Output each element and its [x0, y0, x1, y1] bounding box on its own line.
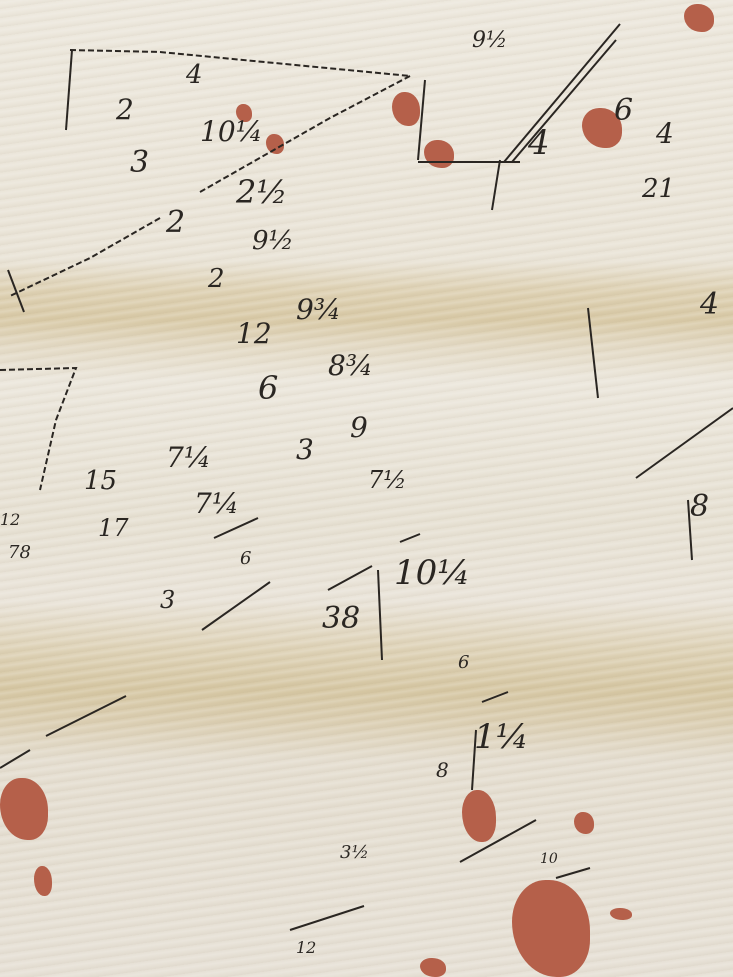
pencil-number: 4 [186, 62, 203, 88]
pencil-number: 6 [614, 96, 633, 126]
pencil-number: 17 [98, 516, 129, 540]
pencil-number: 3½ [340, 844, 369, 862]
pencil-number: 6 [458, 654, 469, 672]
pencil-number: 12 [0, 512, 20, 528]
pencil-number: 2½ [236, 176, 287, 208]
pencil-number: 6 [240, 550, 251, 568]
pencil-number: 8 [690, 492, 709, 522]
pencil-number: 10¼ [200, 118, 263, 146]
pencil-number: 3 [296, 436, 314, 464]
pencil-number: 1¼ [474, 720, 529, 754]
pencil-number: 4 [656, 120, 674, 148]
pencil-number: 15 [84, 468, 117, 494]
pencil-number: 3 [130, 148, 149, 178]
pencil-number: 2 [208, 266, 225, 292]
pencil-number: 9½ [252, 228, 294, 254]
pencil-number: 12 [236, 320, 272, 348]
pencil-number: 21 [642, 176, 675, 202]
pencil-number: 9 [350, 414, 368, 442]
pencil-number: 4 [700, 290, 719, 320]
pencil-number: 2 [116, 96, 134, 124]
pencil-number: 10 [540, 852, 558, 866]
pencil-number: 8¾ [328, 352, 373, 380]
pencil-number: 7¼ [194, 490, 239, 518]
plaster-wall-photo: 4 2 10¼ 3 2½ 2 9½ 2 9¾ 12 8¾ 6 9 3 7¼ 15… [0, 0, 733, 977]
pencil-number: 7½ [368, 468, 407, 492]
pencil-number: 12 [296, 940, 316, 956]
pencil-number: 2 [166, 208, 185, 238]
pencil-number: 9¾ [296, 296, 341, 324]
pencil-number: 38 [322, 604, 360, 634]
pencil-number: 78 [8, 544, 31, 562]
pencil-number: 10¼ [394, 556, 470, 590]
pencil-number: 6 [258, 372, 278, 404]
pencil-number: 3 [160, 588, 175, 612]
pencil-number: 8 [436, 760, 449, 780]
pencil-number: 4 [528, 126, 550, 160]
pencil-number: 7¼ [166, 444, 211, 472]
pencil-number: 9½ [472, 30, 507, 52]
